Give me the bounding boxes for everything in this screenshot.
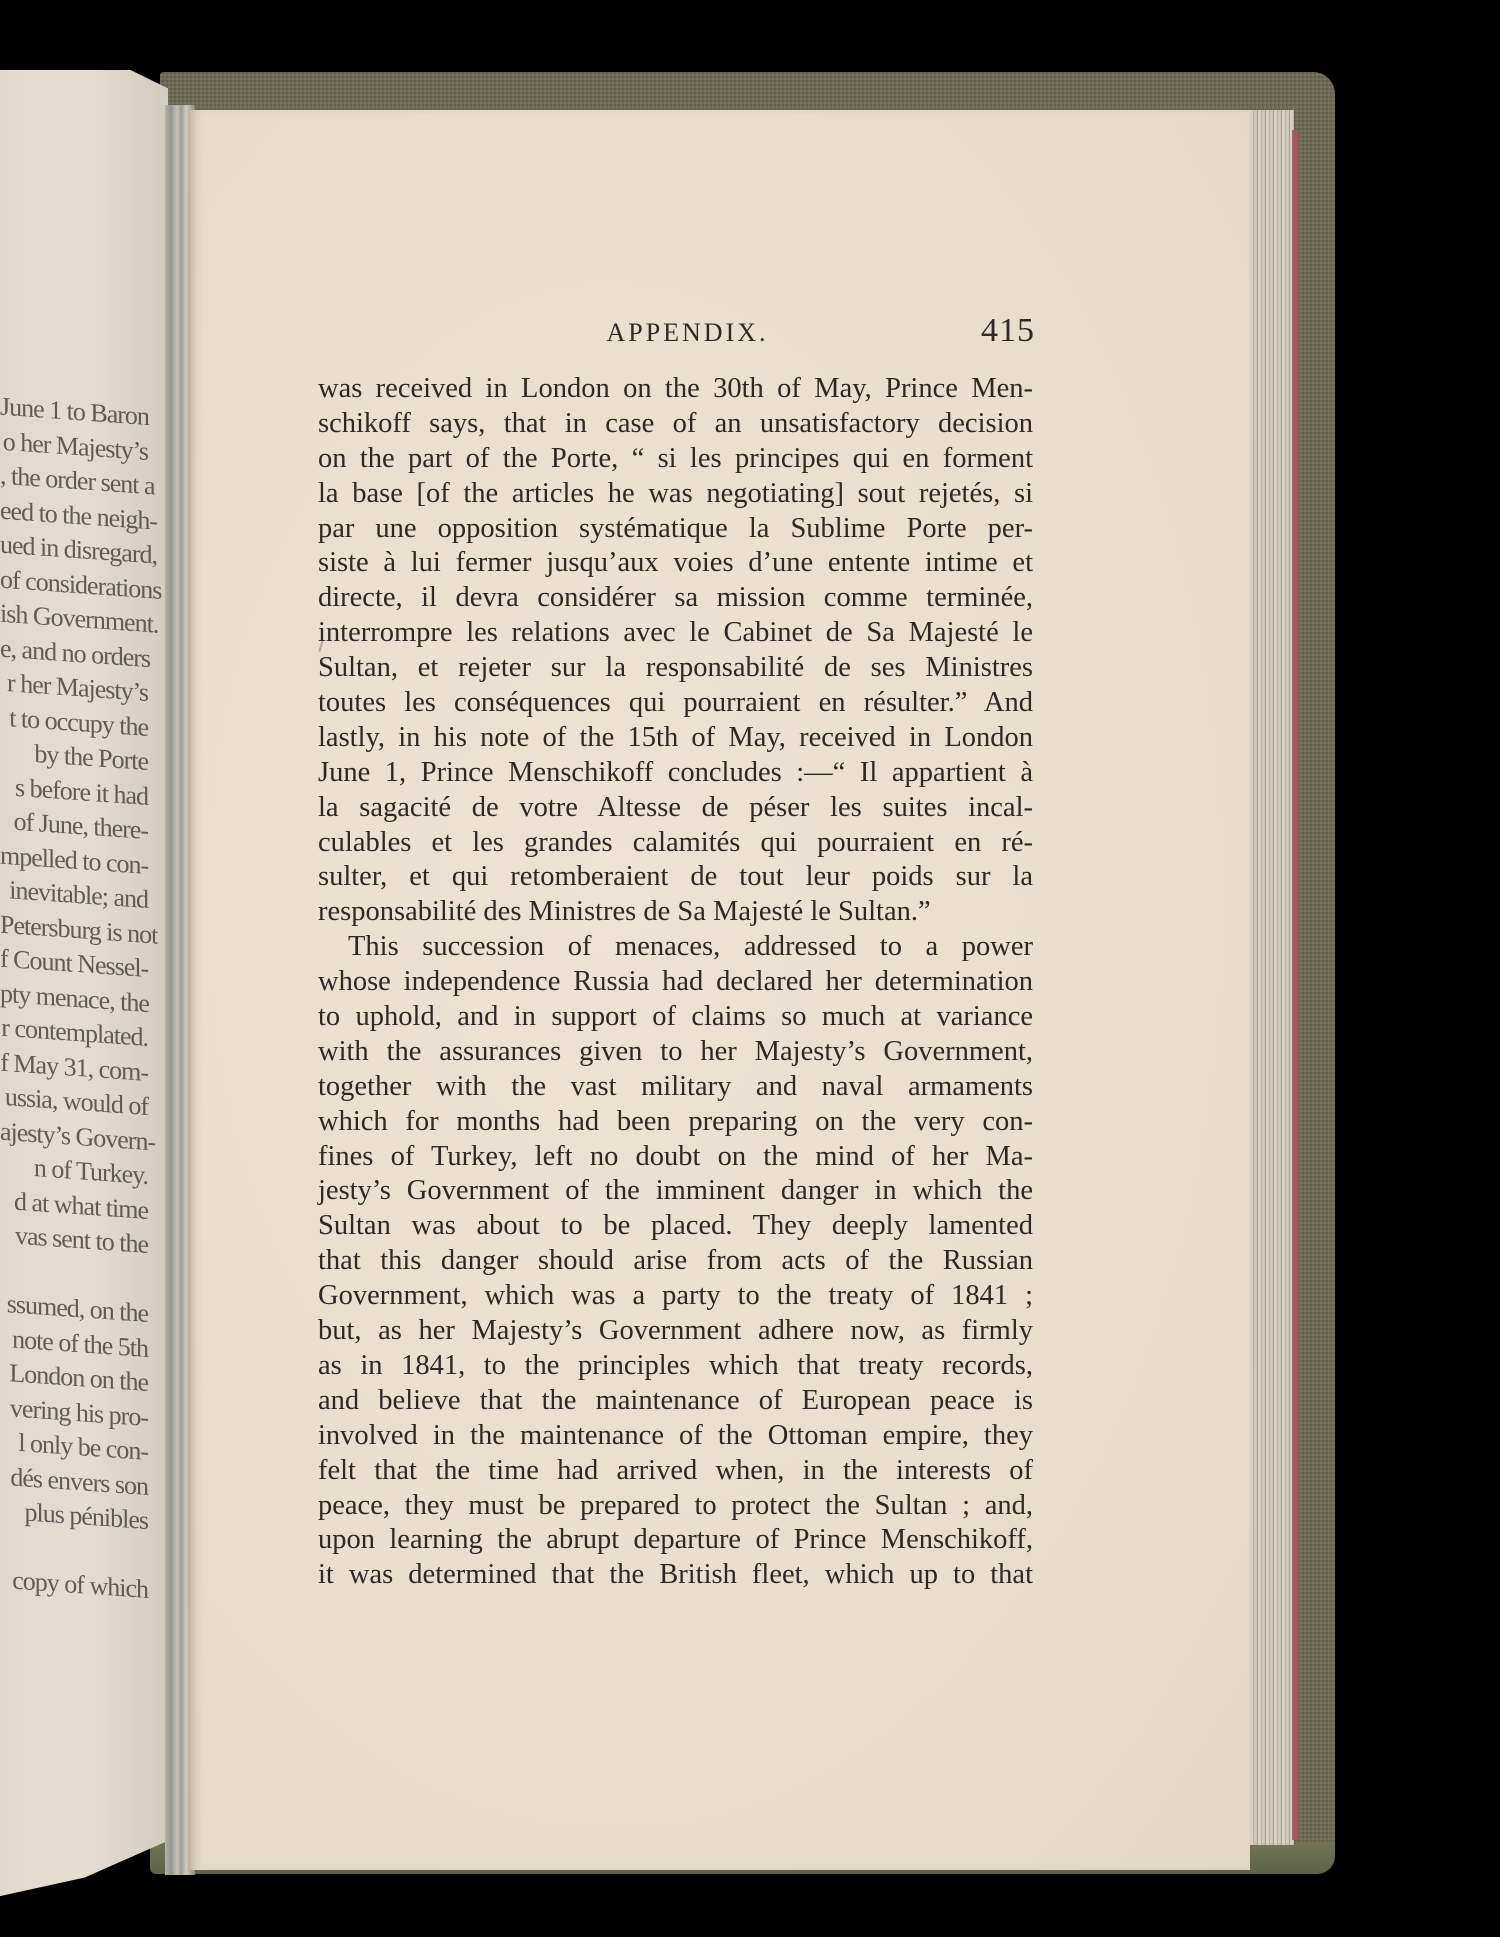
text-line: together with the vast military and nava… [318,1070,1033,1105]
text-line: it was determined that the British fleet… [318,1558,1033,1593]
text-line: but, as her Majesty’s Government adhere … [318,1314,1033,1349]
text-line: directe, il devra considérer sa mission … [318,581,1033,616]
text-line: siste à lui fermer jusqu’aux voies d’une… [318,546,1033,581]
text-line: Government, which was a party to the tre… [318,1279,1033,1314]
text-line: upon learning the abrupt departure of Pr… [318,1523,1033,1558]
text-line: la sagacité de votre Altesse de péser le… [318,791,1033,826]
text-line: that this danger should arise from acts … [318,1244,1033,1279]
text-line: whose independence Russia had declared h… [318,965,1033,1000]
text-line: culables et les grandes calamités qui po… [318,826,1033,861]
text-line: responsabilité des Ministres de Sa Majes… [318,895,1033,930]
text-line: jesty’s Government of the imminent dange… [318,1174,1033,1209]
paragraph-start-line: This succession of menaces, addressed to… [318,930,1033,965]
text-line: par une opposition systématique la Subli… [318,512,1033,547]
text-line: to uphold, and in support of claims so m… [318,1000,1033,1035]
page-number: 415 [981,312,1035,350]
text-line: as in 1841, to the principles which that… [318,1349,1033,1384]
left-page: June 1 to Baron o her Majesty’s , the or… [0,70,168,1905]
text-line: felt that the time had arrived when, in … [318,1454,1033,1489]
text-line: June 1, Prince Menschikoff concludes :—“… [318,756,1033,791]
left-page-text: June 1 to Baron o her Majesty’s , the or… [0,390,148,1608]
text-line: sulter, et qui retomberaient de tout leu… [318,860,1033,895]
page-edges [1250,110,1294,1845]
text-line: la base [of the articles he was negotiat… [318,477,1033,512]
text-line: Sultan, et rejeter sur la responsabilité… [318,651,1033,686]
text-line: interrompre les relations avec le Cabine… [318,616,1033,651]
text-line: involved in the maintenance of the Ottom… [318,1419,1033,1454]
red-page-edge [1292,130,1300,1840]
text-line: Sultan was about to be placed. They deep… [318,1209,1033,1244]
text-line: schikoff says, that in case of an unsati… [318,407,1033,442]
text-line: which for months had been preparing on t… [318,1105,1033,1140]
running-head: APPENDIX. 415 [320,312,1035,352]
text-line: lastly, in his note of the 15th of May, … [318,721,1033,756]
text-line: fines of Turkey, left no doubt on the mi… [318,1140,1033,1175]
text-line: on the part of the Porte, “ si les princ… [318,442,1033,477]
text-line: with the assurances given to her Majesty… [318,1035,1033,1070]
text-line: toutes les conséquences qui pourraient e… [318,686,1033,721]
body-text: was received in London on the 30th of Ma… [318,372,1033,1593]
text-line: peace, they must be prepared to protect … [318,1489,1033,1524]
running-title: APPENDIX. [320,318,1035,348]
text-line: was received in London on the 30th of Ma… [318,372,1033,407]
text-line: and believe that the maintenance of Euro… [318,1384,1033,1419]
